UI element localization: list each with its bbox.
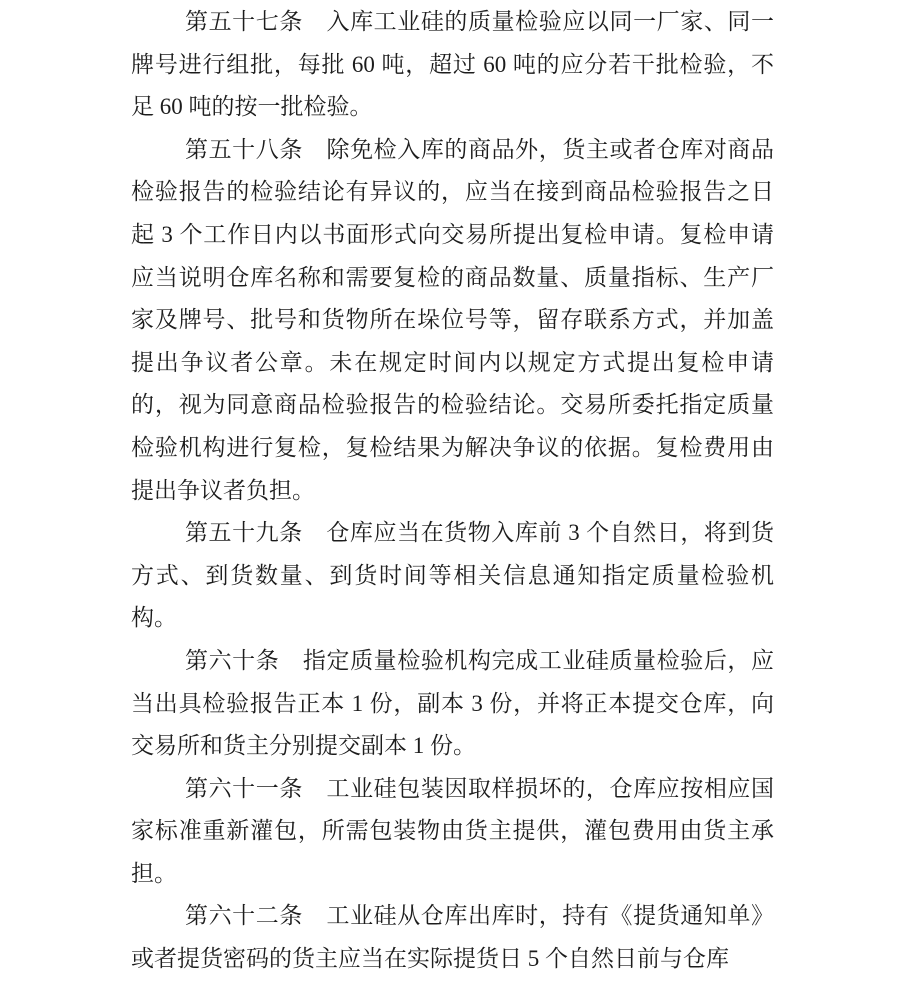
article-62-paragraph: 第六十二条 工业硅从仓库出库时，持有《提货通知单》或者提货密码的货主应当在实际提… xyxy=(131,895,774,980)
document-page: 第五十七条 入库工业硅的质量检验应以同一厂家、同一牌号进行组批，每批 60 吨，… xyxy=(0,0,900,982)
article-61-paragraph: 第六十一条 工业硅包装因取样损坏的，仓库应按相应国家标准重新灌包，所需包装物由货… xyxy=(131,768,774,896)
article-57-paragraph: 第五十七条 入库工业硅的质量检验应以同一厂家、同一牌号进行组批，每批 60 吨，… xyxy=(131,1,774,129)
article-58-paragraph: 第五十八条 除免检入库的商品外，货主或者仓库对商品检验报告的检验结论有异议的，应… xyxy=(131,129,774,512)
document-body: 第五十七条 入库工业硅的质量检验应以同一厂家、同一牌号进行组批，每批 60 吨，… xyxy=(131,1,774,981)
article-60-paragraph: 第六十条 指定质量检验机构完成工业硅质量检验后，应当出具检验报告正本 1 份，副… xyxy=(131,640,774,768)
article-59-paragraph: 第五十九条 仓库应当在货物入库前 3 个自然日，将到货方式、到货数量、到货时间等… xyxy=(131,512,774,640)
